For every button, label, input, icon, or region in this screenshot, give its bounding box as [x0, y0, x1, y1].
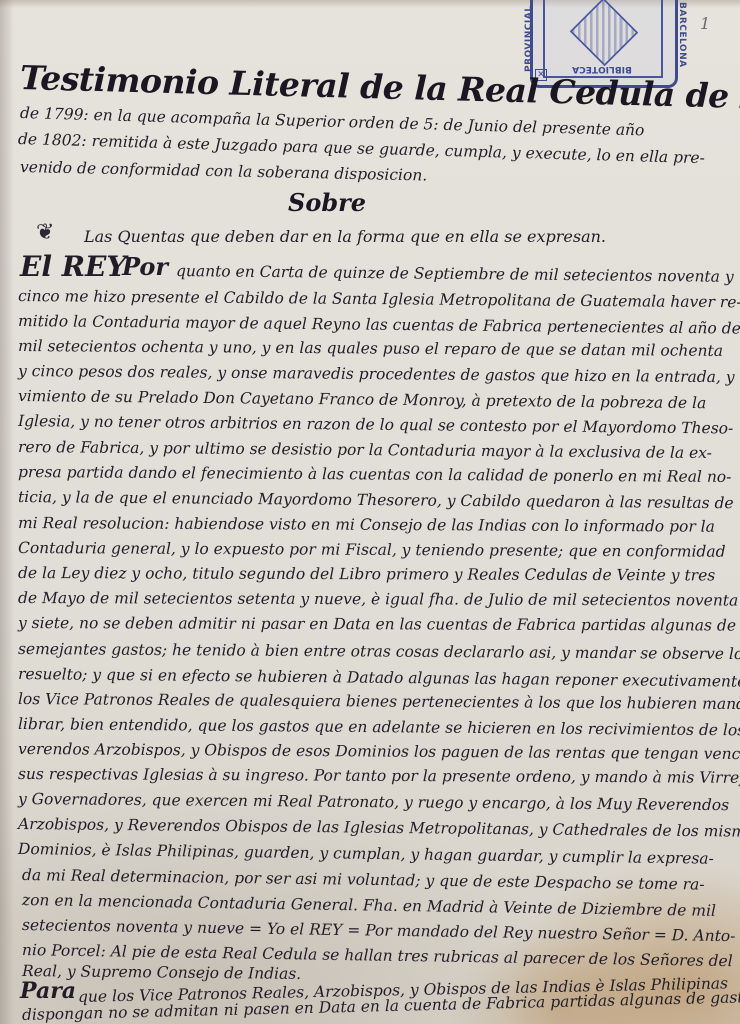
body-line: mi Real resolucion: habiendose visto en …	[18, 514, 715, 536]
section-heading: Sobre	[288, 188, 366, 217]
body-line: mitido la Contaduria mayor de aquel Reyn…	[18, 312, 740, 338]
flourish-ornament-icon: ❦	[36, 220, 54, 245]
opening-el-rey: El REY	[20, 250, 126, 283]
page-edge-shadow	[0, 0, 14, 1024]
body-line: mil setecientos ochenta y uno, y en las …	[18, 337, 723, 360]
stamp-left-text: PROVINCIAL	[524, 2, 536, 72]
body-line: presa partida dando el fenecimiento à la…	[18, 463, 732, 486]
body-line: y siete, no se deben admitir ni pasar en…	[18, 614, 736, 635]
stamp-coat-of-arms-icon	[570, 0, 639, 66]
stamp-frame: BIBLIOTECA	[543, 0, 663, 78]
body-line: verendos Arzobispos, y Obispos de esos D…	[18, 740, 740, 763]
body-line: setecientos noventa y nueve = Yo el REY …	[22, 916, 736, 945]
body-line: ticia, y la de que el enunciado Mayordom…	[18, 488, 734, 512]
intro-line: venido de conformidad con la soberana di…	[20, 158, 428, 185]
manuscript-page: BIBLIOTECA PROVINCIAL BARCELONA ✕ 1 Test…	[0, 0, 740, 1024]
body-line: y Governadores, que exercen mi Real Patr…	[18, 790, 729, 814]
body-line: Arzobispos, y Reverendos Obispos de las …	[18, 815, 740, 841]
body-line: semejantes gastos; he tenido à bien entr…	[18, 640, 740, 663]
body-line: Iglesia, y no tener otros arbitrios en r…	[18, 412, 733, 437]
body-line: y cinco pesos dos reales, y onse maraved…	[18, 362, 740, 387]
body-line: sus respectivas Iglesias à su ingreso. P…	[18, 765, 740, 787]
body-line: de la Ley diez y ocho, titulo segundo de…	[18, 564, 715, 584]
body-line: vimiento de su Prelado Don Cayetano Fran…	[18, 387, 706, 412]
body-line: da mi Real determinacion, por ser asi mi…	[22, 866, 705, 894]
folio-number: 1	[700, 14, 710, 33]
stamp-right-text: BARCELONA	[675, 2, 687, 72]
body-line: zon en la mencionada Contaduria General.…	[22, 891, 716, 920]
body-line: Contaduria general, y lo expuesto por mi…	[18, 539, 726, 561]
body-line: rero de Fabrica, y por ultimo se desisti…	[18, 438, 712, 462]
body-line: los Vice Patronos Reales de qualesquiera…	[18, 690, 740, 713]
opening-por: Por	[122, 252, 168, 281]
body-line: librar, bien entendido, que los gastos q…	[18, 715, 740, 740]
body-line: cinco me hizo presente el Cabildo de la …	[18, 287, 740, 311]
body-line: quanto en Carta de quinze de Septiembre …	[176, 262, 734, 286]
body-line: Dominios, è Islas Philipinas, guarden, y…	[18, 840, 714, 868]
body-line: de Mayo de mil setecientos setenta y nue…	[18, 589, 738, 610]
subject-line: Las Quentas que deben dar en la forma qu…	[84, 227, 606, 246]
closing-para: Para	[20, 978, 76, 1004]
body-line: resuelto; y que si en efecto se hubieren…	[18, 665, 740, 691]
